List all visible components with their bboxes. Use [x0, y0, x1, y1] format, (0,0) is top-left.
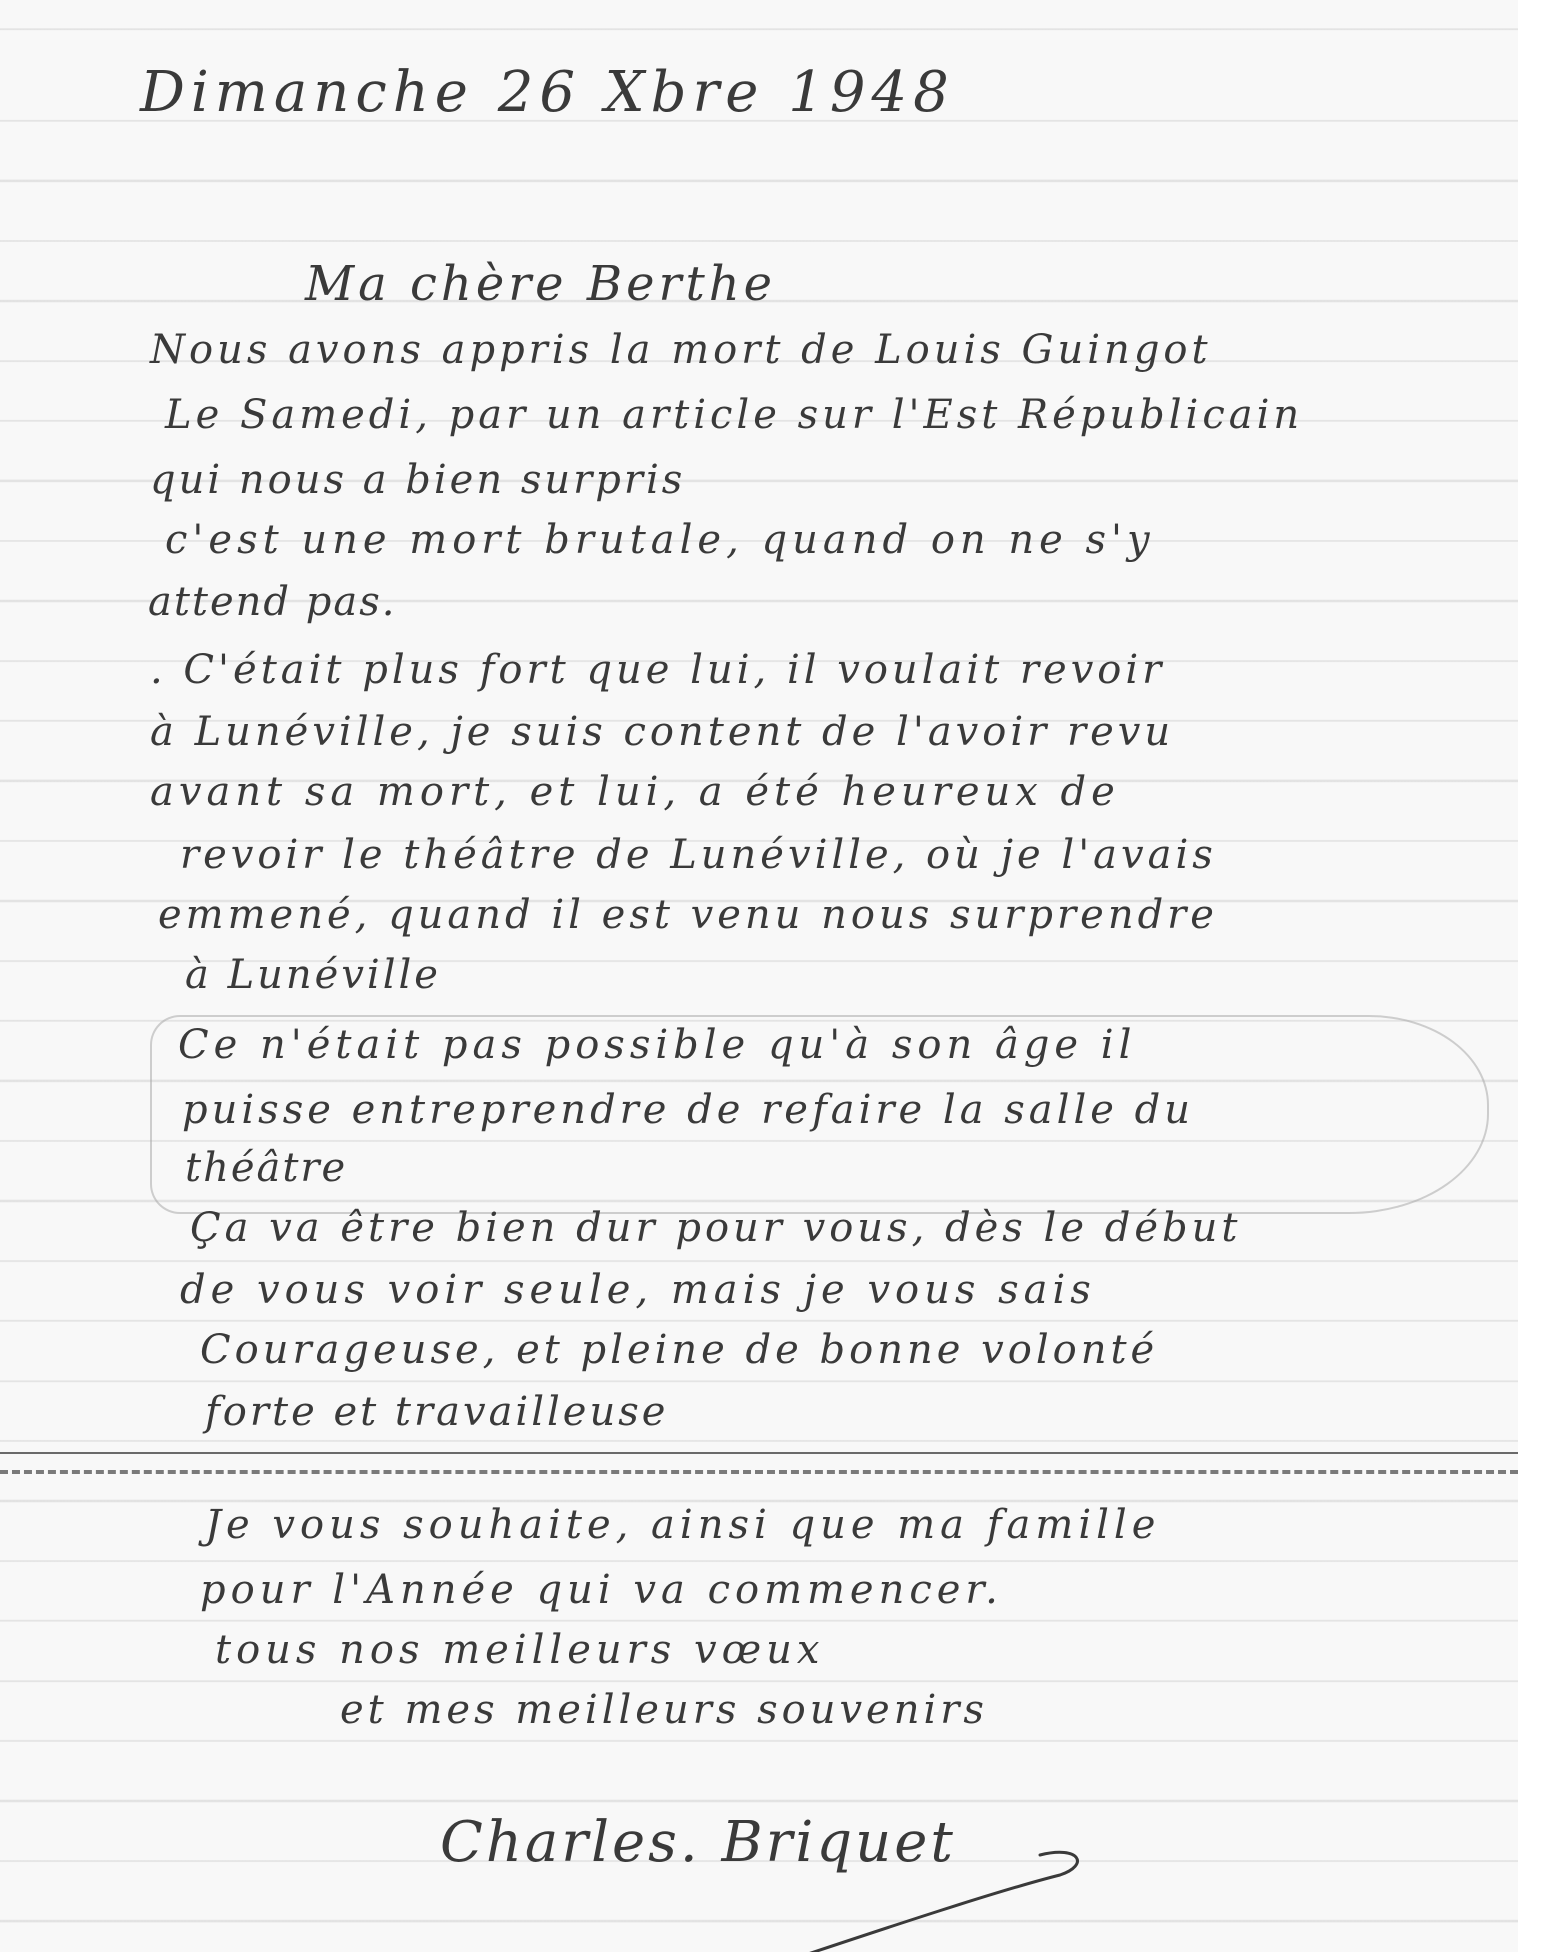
- body-line: forte et travailleuse: [205, 1392, 668, 1432]
- letter-date: Dimanche 26 Xbre 1948: [140, 65, 955, 121]
- body-line: attend pas.: [148, 582, 396, 622]
- body-line: avant sa mort, et lui, a été heureux de: [150, 772, 1120, 812]
- body-line: à Lunéville, je suis content de l'avoir …: [150, 712, 1174, 752]
- separator-dashed-line: [0, 1470, 1518, 1474]
- separator-line: [0, 1452, 1518, 1454]
- body-line: revoir le théâtre de Lunéville, où je l'…: [180, 835, 1217, 875]
- body-line: qui nous a bien surpris: [150, 460, 685, 500]
- body-line: Ça va être bien dur pour vous, dès le dé…: [190, 1208, 1241, 1248]
- body-line: c'est une mort brutale, quand on ne s'y: [165, 520, 1155, 560]
- body-line: Ce n'était pas possible qu'à son âge il: [178, 1025, 1136, 1065]
- body-line: emmené, quand il est venu nous surprendr…: [158, 895, 1218, 935]
- body-line: puisse entreprendre de refaire la salle …: [182, 1090, 1194, 1130]
- body-line: théâtre: [185, 1148, 347, 1188]
- body-line: . C'était plus fort que lui, il voulait …: [150, 650, 1165, 690]
- body-line: Nous avons appris la mort de Louis Guing…: [150, 330, 1212, 370]
- closing-line: pour l'Année qui va commencer.: [200, 1570, 1003, 1610]
- letter-page: Dimanche 26 Xbre 1948 Ma chère Berthe No…: [0, 0, 1518, 1952]
- body-line: de vous voir seule, mais je vous sais: [180, 1270, 1096, 1310]
- letter-salutation: Ma chère Berthe: [305, 260, 776, 308]
- closing-line: tous nos meilleurs vœux: [215, 1630, 825, 1670]
- body-line: Le Samedi, par un article sur l'Est Répu…: [165, 395, 1303, 435]
- body-line: Courageuse, et pleine de bonne volonté: [200, 1330, 1158, 1370]
- signature-flourish-icon: [800, 1850, 1100, 1952]
- closing-line: et mes meilleurs souvenirs: [340, 1690, 988, 1730]
- closing-line: Je vous souhaite, ainsi que ma famille: [205, 1505, 1160, 1545]
- body-line: à Lunéville: [185, 955, 441, 995]
